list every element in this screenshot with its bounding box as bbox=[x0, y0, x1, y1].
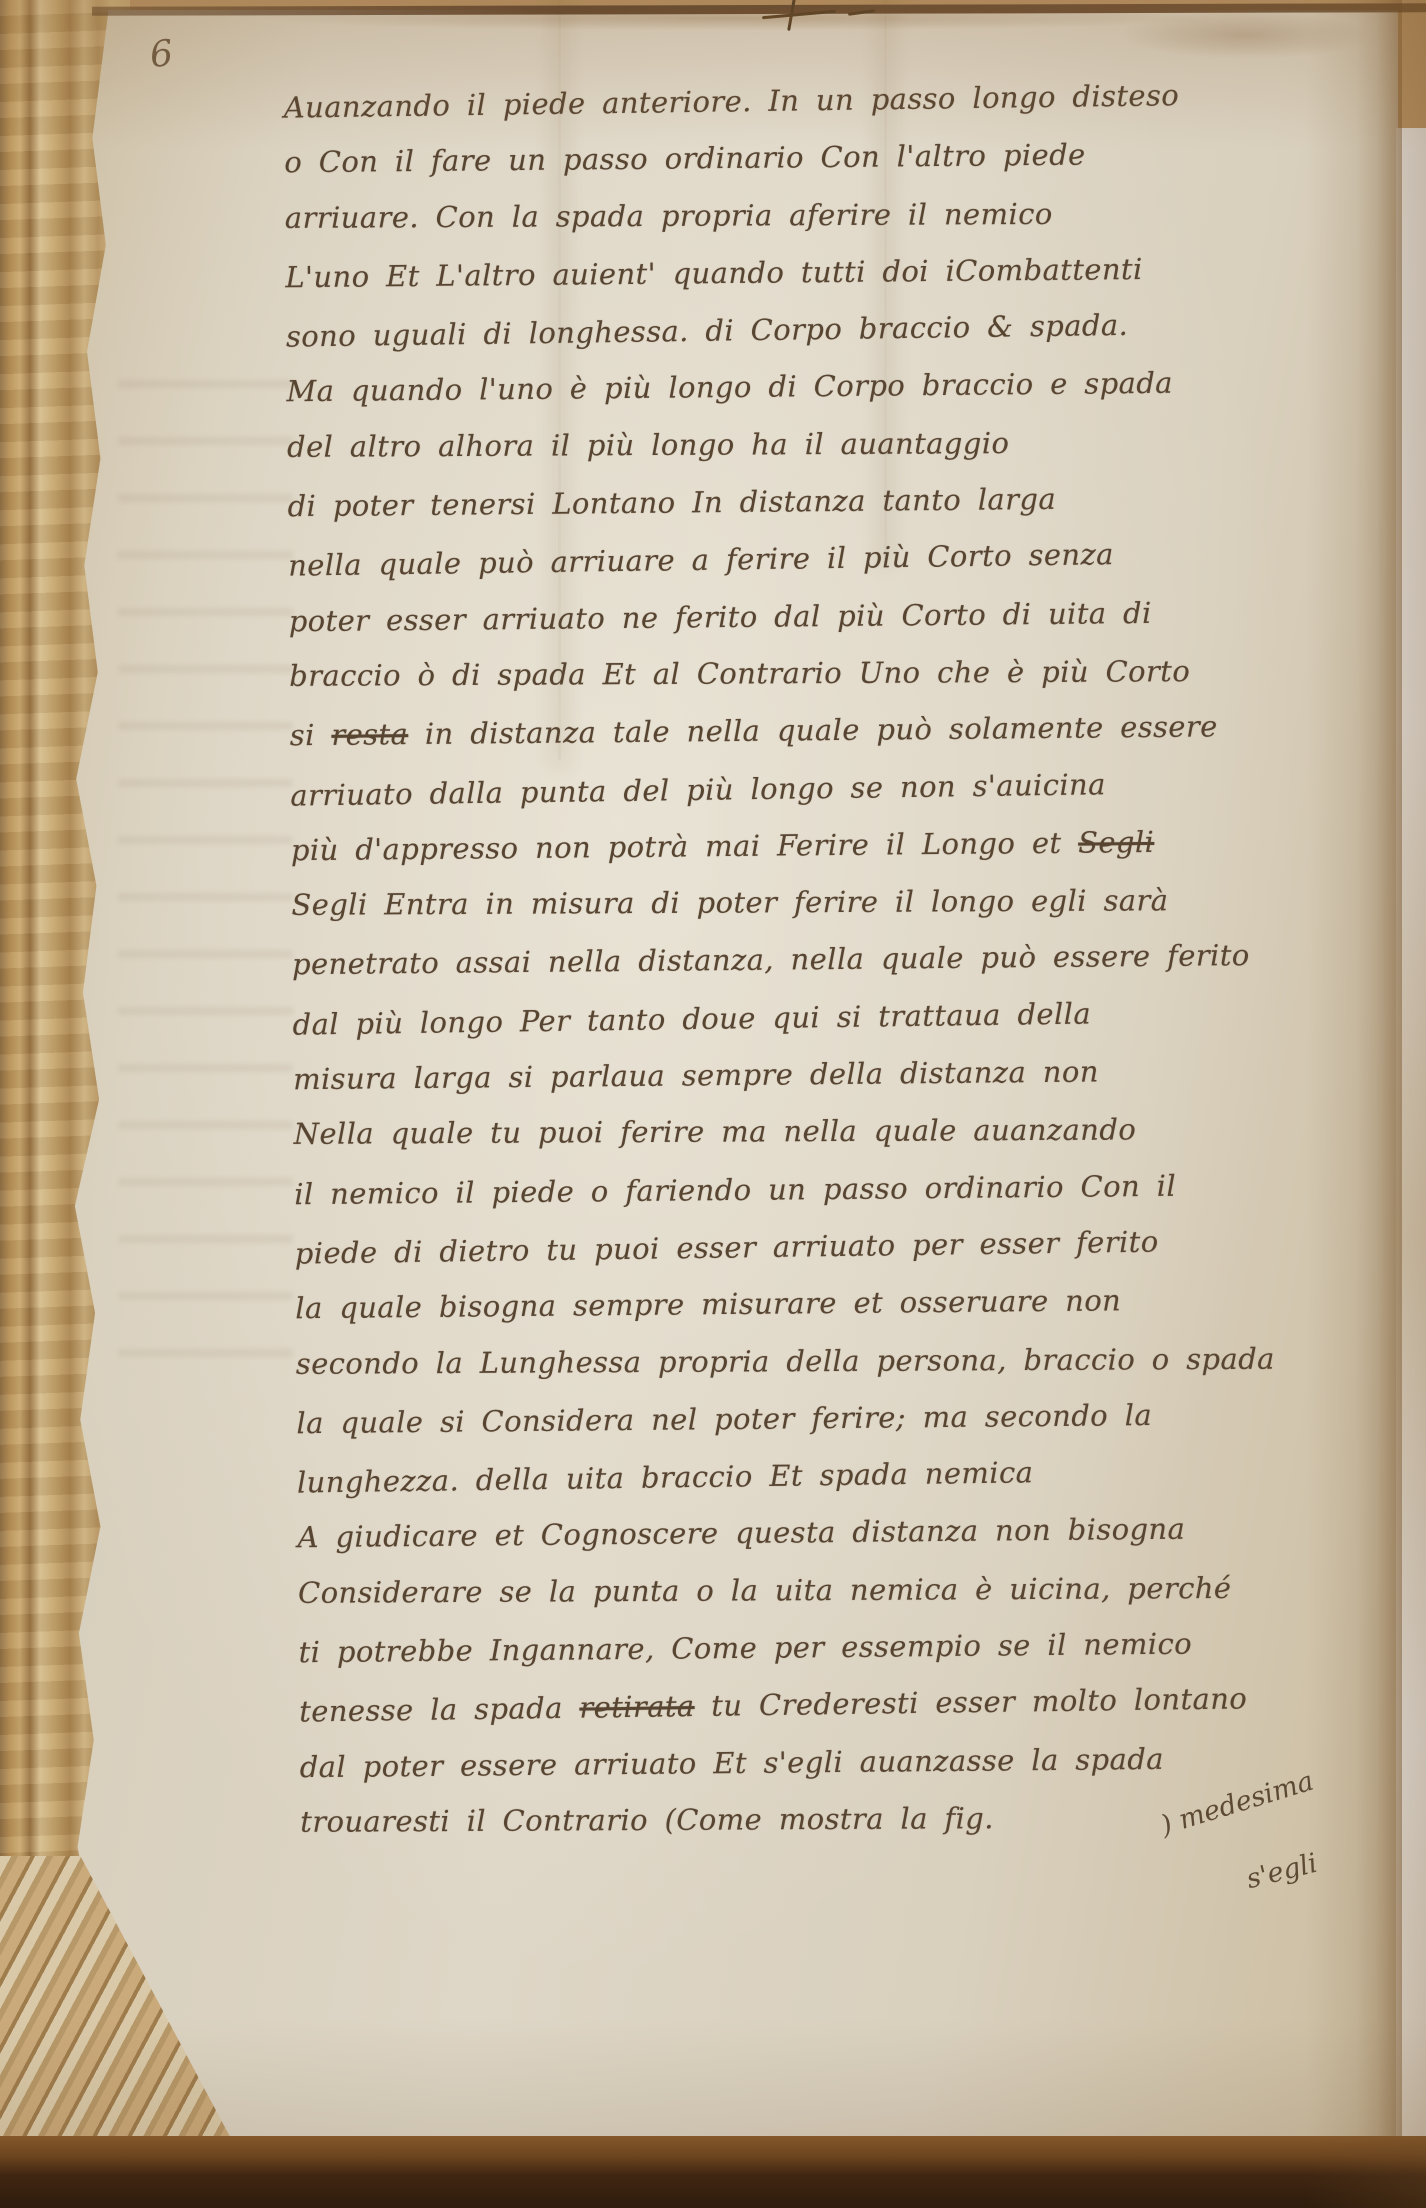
page-number: 6 bbox=[148, 33, 175, 76]
verso-ink-show-through bbox=[118, 380, 293, 1360]
manuscript-photo: 6 Auanzando il piede anteriore. In un pa… bbox=[0, 0, 1426, 2208]
cross-dash-stroke bbox=[848, 9, 875, 16]
text-line: braccio ò di spada Et al Contrario Uno c… bbox=[289, 642, 1377, 705]
text-line: secondo la Lunghessa propria della perso… bbox=[296, 1330, 1384, 1393]
bottom-book-edge bbox=[0, 2136, 1426, 2208]
header-cross-mark bbox=[762, 0, 878, 38]
cross-horizontal-stroke bbox=[762, 10, 836, 19]
manuscript-text: Auanzando il piede anteriore. In un pass… bbox=[284, 67, 1389, 1854]
text-line: arriuare. Con la spada propria aferire i… bbox=[285, 184, 1373, 247]
text-line: Nella quale tu puoi ferire ma nella qual… bbox=[294, 1100, 1382, 1163]
text-line: del altro alhora il più longo ha il auan… bbox=[287, 413, 1375, 476]
text-line: Considerare se la punta o la uita nemica… bbox=[298, 1559, 1386, 1622]
text-line: Segli Entra in misura di poter ferire il… bbox=[291, 871, 1379, 934]
